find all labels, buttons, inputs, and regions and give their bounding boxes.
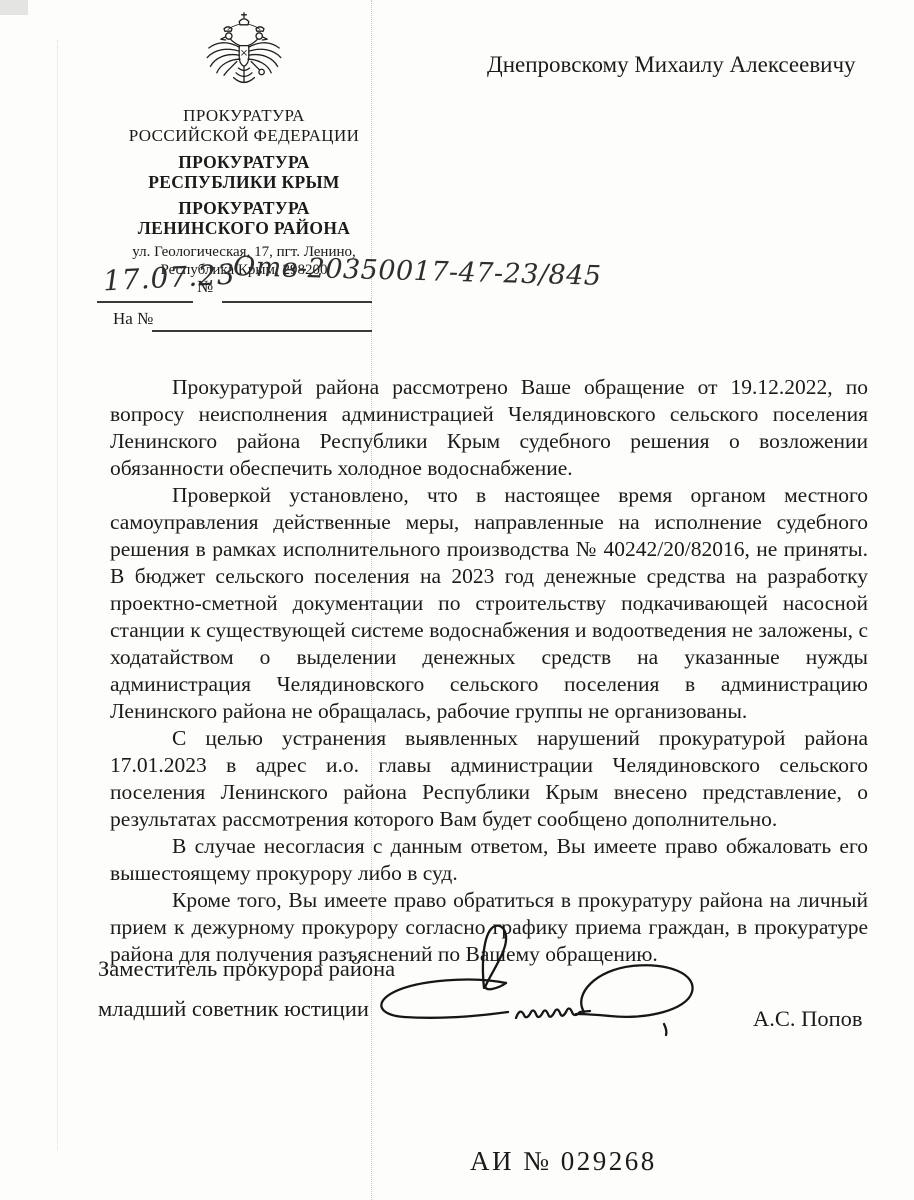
letterhead: ПРОКУРАТУРА РОССИЙСКОЙ ФЕДЕРАЦИИ ПРОКУРА… <box>79 12 409 279</box>
fold-line-left <box>57 40 58 1150</box>
number-symbol: № <box>197 277 213 297</box>
org-name-district-line2: ЛЕНИНСКОГО РАЙОНА <box>79 218 409 238</box>
body-paragraph: С целью устранения выявленных нарушений … <box>110 725 868 833</box>
org-name-federation-line1: ПРОКУРАТУРА <box>79 106 409 126</box>
document-page: ПРОКУРАТУРА РОССИЙСКОЙ ФЕДЕРАЦИИ ПРОКУРА… <box>0 0 914 1200</box>
signer-name: А.С. Попов <box>753 1006 863 1032</box>
org-name-district-line1: ПРОКУРАТУРА <box>79 198 409 218</box>
org-name-republic-line1: ПРОКУРАТУРА <box>79 152 409 172</box>
number-blank-line <box>222 301 372 303</box>
form-serial-number: АИ № 029268 <box>470 1146 657 1177</box>
date-blank-line <box>97 301 193 303</box>
scan-smudge <box>0 0 28 15</box>
signer-position-line1: Заместитель прокурора района <box>98 956 395 982</box>
recipient-name: Днепровскому Михаилу Алексеевичу <box>487 52 867 78</box>
russia-coat-of-arms-icon <box>204 12 284 100</box>
body-paragraph: Проверкой установлено, что в настоящее в… <box>110 482 868 725</box>
reply-number-blank-line <box>152 330 372 332</box>
org-name-republic-line2: РЕСПУБЛИКИ КРЫМ <box>79 172 409 192</box>
handwritten-signature-icon <box>370 922 700 1042</box>
letter-body: Прокуратурой района рассмотрено Ваше обр… <box>110 374 868 968</box>
org-name-federation-line2: РОССИЙСКОЙ ФЕДЕРАЦИИ <box>79 126 409 146</box>
body-paragraph: В случае несогласия с данным ответом, Вы… <box>110 833 868 887</box>
handwritten-date: 17.07.23 <box>102 258 236 298</box>
body-paragraph: Прокуратурой района рассмотрено Ваше обр… <box>110 374 868 482</box>
signer-position-line2: младший советник юстиции <box>98 996 369 1022</box>
handwritten-outgoing-number: Отв-20350017-47-23/845 <box>233 251 602 292</box>
reply-to-number-label: На № <box>113 309 153 329</box>
